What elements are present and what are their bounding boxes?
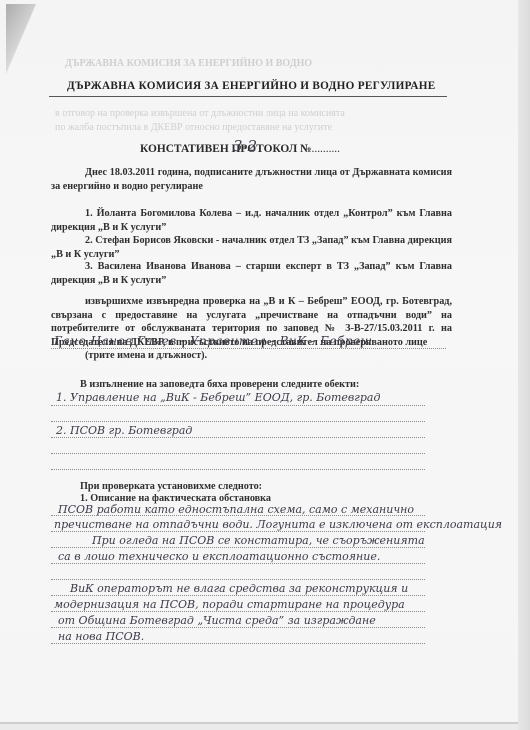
findings-line bbox=[51, 531, 425, 532]
findings-heading: При проверката установихме следното: bbox=[80, 481, 262, 492]
finding-line-7: модернизация на ПСОВ, поради стартиране … bbox=[54, 598, 405, 611]
findings-line bbox=[51, 627, 425, 628]
object-2-handwritten: 2. ПСОВ гр. Ботевград bbox=[56, 424, 192, 437]
objects-line bbox=[51, 405, 425, 406]
agency-header: ДЪРЖАВНА КОМИСИЯ ЗА ЕНЕРГИЙНО И ВОДНО РЕ… bbox=[67, 80, 436, 92]
official-2: 2. Стефан Борисов Яковски - началник отд… bbox=[51, 234, 452, 261]
protocol-title-text: КОНСТАТИВЕН ПРОТОКОЛ № bbox=[140, 143, 312, 155]
representative-caption: (трите имена и длъжност). bbox=[85, 349, 385, 363]
finding-line-1: ПСОВ работи като едностъпална схема, сам… bbox=[58, 503, 414, 516]
finding-line-6: ВиК операторът не влага средства за реко… bbox=[70, 582, 408, 595]
bleed-through-text: по жалба постъпила в ДКЕВР относно предо… bbox=[55, 122, 332, 133]
header-divider bbox=[49, 96, 447, 97]
page-corner-fold bbox=[6, 4, 36, 74]
objects-line bbox=[51, 469, 425, 470]
findings-line bbox=[51, 579, 425, 580]
bleed-through-text: в отговор на проверка извършена от длъжн… bbox=[55, 108, 345, 119]
document-page: ДЪРЖАВНА КОМИСИЯ ЗА ЕНЕРГИЙНО И ВОДНО в … bbox=[0, 0, 519, 724]
objects-line bbox=[51, 421, 425, 422]
findings-line bbox=[51, 547, 425, 548]
findings-line bbox=[51, 643, 425, 644]
official-1: 1. Йоланта Богомилова Колева – и.д. нача… bbox=[51, 207, 452, 234]
objects-line bbox=[51, 453, 425, 454]
finding-line-2: пречистване на отпадъчни води. Логунита … bbox=[54, 518, 502, 531]
object-1-handwritten: 1. Управление на „ВиК - Бебреш” ЕООД, гр… bbox=[56, 391, 380, 404]
finding-line-9: на нова ПСОВ. bbox=[58, 630, 144, 643]
findings-line bbox=[51, 611, 425, 612]
findings-line bbox=[51, 595, 425, 596]
intro-paragraph: Днес 18.03.2011 година, подписаните длъж… bbox=[51, 166, 452, 193]
objects-heading: В изпълнение на заповедта бяха проверени… bbox=[80, 379, 359, 390]
finding-line-4: са в лошо техническо и експлоатационно с… bbox=[58, 550, 380, 563]
findings-line bbox=[51, 563, 425, 564]
protocol-number-dots: .......... bbox=[312, 143, 340, 155]
scan-edge bbox=[518, 0, 530, 730]
finding-line-8: от Община Ботевград „Чиста среда” за изг… bbox=[58, 614, 376, 627]
protocol-number-handwritten: 3-2 bbox=[233, 137, 257, 155]
representative-handwritten: Гано Цанов Ганев - Управител - ВиК - Беб… bbox=[54, 334, 373, 348]
bleed-through-text: ДЪРЖАВНА КОМИСИЯ ЗА ЕНЕРГИЙНО И ВОДНО bbox=[65, 58, 312, 69]
finding-line-3: При огледа на ПСОВ се констатира, че съо… bbox=[92, 534, 425, 547]
official-3: 3. Василена Иванова Иванова – старши екс… bbox=[51, 260, 452, 287]
objects-line bbox=[51, 437, 425, 438]
